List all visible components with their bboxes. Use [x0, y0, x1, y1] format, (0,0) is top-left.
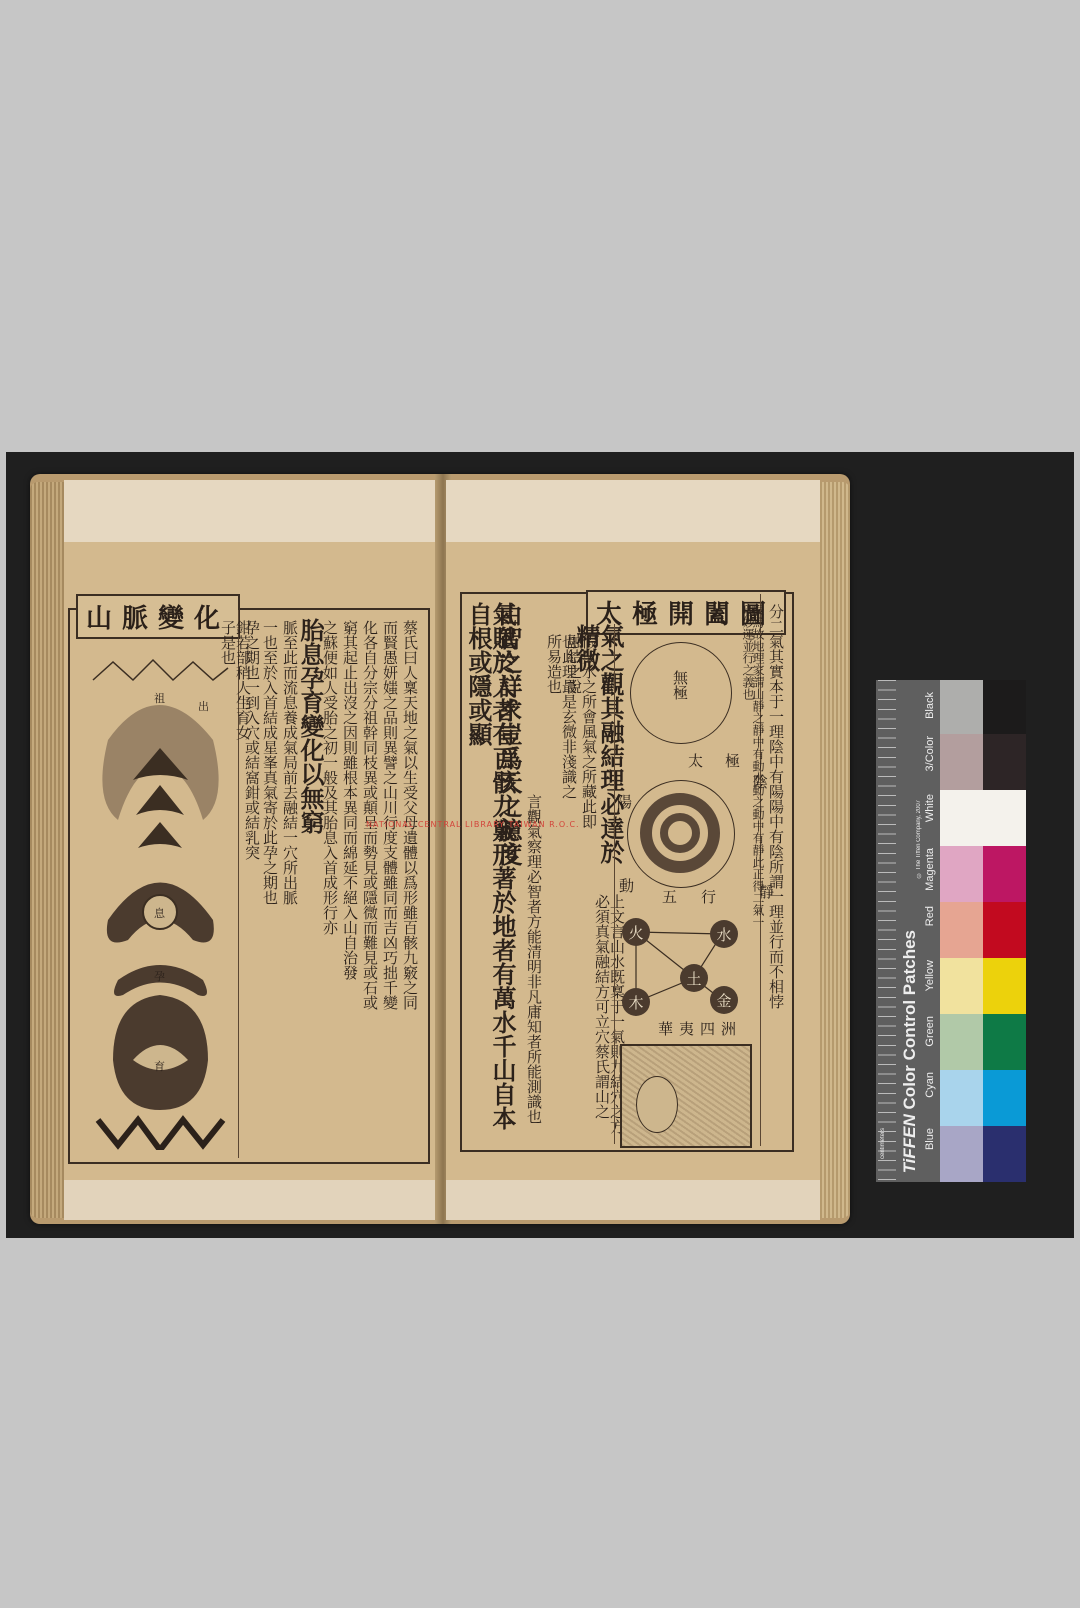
patch-yellow-light [940, 958, 983, 1014]
svg-text:孕: 孕 [154, 970, 165, 983]
patch-cyan-light [940, 1070, 983, 1126]
text-column: 窮其起止出沒之因則雖根本異同而綿延不絕入山自治發 [342, 620, 357, 1150]
card-title: Color Control Patches [900, 930, 919, 1109]
patch-label-blue: Blue [924, 1128, 936, 1150]
wuxing-label: 五行 [662, 890, 740, 905]
color-calibration-card: TiFFEN Color Control Patches © The Tiffe… [876, 680, 1026, 1182]
left-page-title: 山脈變化 [76, 594, 240, 639]
library-watermark: NATIONAL CENTRAL LIBRARY TAIWAN R.O.C. [366, 820, 580, 829]
patch-label-red: Red [924, 906, 936, 926]
yang-label: 陽 [616, 794, 631, 809]
dong-label: 動 [618, 878, 633, 893]
outer-text-column: 分二氣其實本于一理陰中有陽陽中有陰所謂一理並行而不相悖 [768, 604, 783, 1144]
fire-node: 火 [622, 918, 650, 946]
svg-text:息: 息 [154, 906, 166, 920]
page-edges-left [30, 482, 64, 1218]
ruler-unit: centimeters [880, 1128, 886, 1159]
patch-cyan-dark [983, 1070, 1026, 1126]
mountain-vein-diagram: 祖 出 息 孕 育 [88, 650, 233, 1150]
water-node: 水 [710, 920, 738, 948]
ruler-ticks [878, 680, 896, 1182]
left-page: 山脈變化 祖 出 息 孕 育 [64, 480, 442, 1220]
text-column: 化各自分宗分祖幹同枝異或顛呈而勢見或隱微而難見或石或 [362, 620, 377, 1150]
patch-label-black: Black [924, 692, 936, 719]
bottom-margin [64, 1180, 442, 1220]
wood-node: 木 [622, 988, 650, 1016]
patch-yellow-dark [983, 958, 1026, 1014]
text-column: 之蘇便如人受胎之初一般及其胎息入首成形行亦 [322, 620, 337, 1150]
four-continents-map [620, 1044, 752, 1148]
patch-3color-dark [983, 734, 1026, 790]
earth-node: 土 [680, 964, 708, 992]
patch-green-light [940, 1014, 983, 1070]
patch-label-cyan: Cyan [924, 1072, 936, 1098]
patch-red-light [940, 902, 983, 958]
print-frame: 山脈變化 祖 出 息 孕 育 [68, 608, 430, 1164]
patch-green-dark [983, 1014, 1026, 1070]
text-column: 一也至於入首結成星峯真氣寄於此孕之期也 [262, 620, 277, 1150]
outer-text-column: 理妙運並行之義也 [742, 604, 754, 734]
patch-white [940, 790, 1026, 846]
card-copyright: © The Tiffen Company, 2007 [916, 800, 922, 878]
page-edges-right [820, 482, 850, 1218]
ruler: TiFFEN Color Control Patches © The Tiffe… [876, 680, 940, 1182]
svg-text:育: 育 [154, 1059, 165, 1073]
svg-text:出: 出 [198, 699, 209, 713]
patch-label-green: Green [924, 1016, 936, 1047]
right-page: 太極開闔圖 氣賦於人者有百骸九竅形著於地者有萬水千山自本自根或隱或顯 由智之詳求… [446, 480, 820, 1220]
column-rule [614, 624, 615, 1144]
patch-red-dark [983, 902, 1026, 958]
patch-label-3color: 3/Color [924, 736, 936, 771]
metal-node: 金 [710, 986, 738, 1014]
continent-circle [636, 1076, 678, 1133]
patch-black-light [940, 680, 983, 734]
text-column: 由智之詳求豈爲天之臆度 [496, 602, 520, 902]
patch-blue-dark [983, 1126, 1026, 1182]
patch-label-magenta: Magenta [924, 848, 936, 891]
taiji-ring-inner [660, 813, 700, 853]
map-title: 華夷四洲 [658, 1022, 742, 1037]
svg-text:祖: 祖 [154, 691, 165, 705]
text-column: 蔡氏曰人稟天地之氣以生受父母遺體以爲形雖百骸九竅之同 [402, 620, 417, 1150]
patch-black-dark [983, 680, 1026, 734]
main-heading: 胎息孕育變化以無窮 [298, 618, 322, 1148]
top-margin [446, 480, 820, 542]
patch-magenta-light [940, 846, 983, 902]
print-frame: 太極開闔圖 氣賦於人者有百骸九竅形著於地者有萬水千山自本自根或隱或顯 由智之詳求… [460, 592, 794, 1152]
text-column: 脈至此而流息養成氣局前去融結一穴所出脈 [282, 620, 297, 1150]
patch-magenta-dark [983, 846, 1026, 902]
patch-label-white: White [924, 794, 936, 822]
brand-logo: TiFFEN [900, 1114, 919, 1173]
wuji-label: 無極 [672, 670, 687, 700]
text-column: 而賢愚妍媸之品則異譬之山川行度支體雖同而吉凶巧拙千變 [382, 620, 397, 1150]
patch-label-yellow: Yellow [924, 960, 936, 991]
patch-3color-light [940, 734, 983, 790]
patch-blue-light [940, 1126, 983, 1182]
bottom-margin [446, 1180, 820, 1220]
top-margin [64, 480, 442, 542]
open-book: 山脈變化 祖 出 息 孕 育 [30, 474, 850, 1224]
text-column: 鉗若部稍人生育女子是也 [220, 620, 250, 750]
text-column: 言觀氣察理必智者方能清明非凡庸知者所能測識也 [526, 794, 541, 1134]
